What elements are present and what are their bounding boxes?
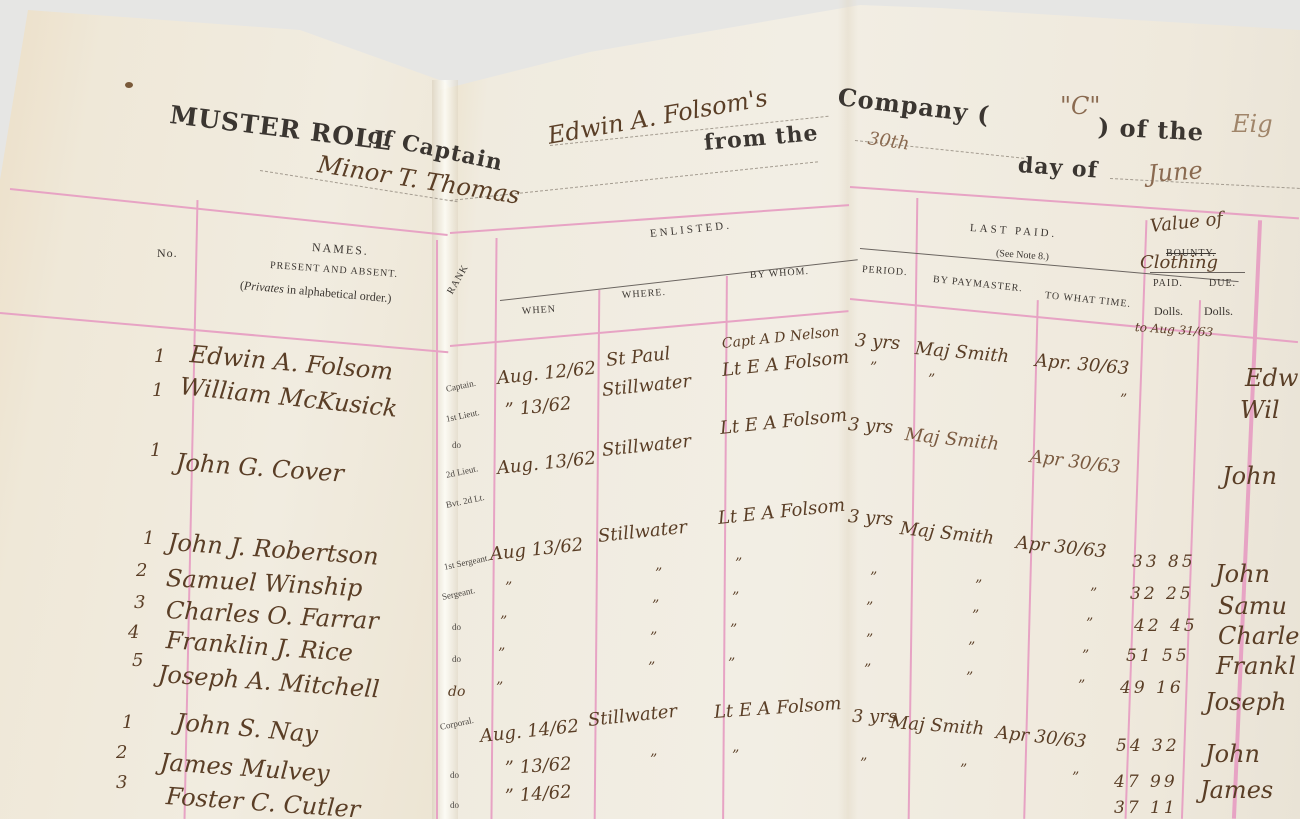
row-when: ” <box>505 580 512 596</box>
col-paid: PAID. <box>1153 278 1183 289</box>
row-to-time: ” <box>1086 616 1093 632</box>
privates-italic: Privates <box>243 278 284 295</box>
row-period: 3 yrs <box>847 506 894 530</box>
row-where: ” <box>648 660 655 676</box>
row-by-whom: ” <box>730 622 737 638</box>
row-period: ” <box>870 360 877 376</box>
row-to-time: ” <box>1082 648 1089 664</box>
title-of-the: ) of the <box>1097 112 1205 147</box>
row-where: ” <box>650 752 657 768</box>
row-by-whom: ” <box>735 556 742 572</box>
row-to-time: ” <box>1120 392 1127 408</box>
row-clothing: 32 25 <box>1130 584 1194 604</box>
row-right-name: James <box>1200 776 1273 804</box>
row-right-name: John <box>1222 462 1277 490</box>
col-due: DUE. <box>1209 278 1236 289</box>
row-period: 3 yrs <box>847 414 894 438</box>
row-no: 1 <box>152 380 163 401</box>
month-value: June <box>1147 156 1204 188</box>
row-no: 2 <box>116 742 127 763</box>
row-paymaster: ” <box>968 640 975 656</box>
row-rank: do <box>452 654 461 664</box>
company-letter: "C" <box>1060 92 1100 120</box>
row-rank: do <box>450 800 459 810</box>
col-dolls-due: Dolls. <box>1204 304 1233 319</box>
row-no: 3 <box>116 772 127 793</box>
regiment-name: Eig <box>1232 110 1273 138</box>
row-no: 5 <box>132 650 143 671</box>
row-to-time: ” <box>1072 770 1079 786</box>
row-right-name: John <box>1205 740 1260 768</box>
row-right-name: Joseph <box>1205 688 1286 716</box>
row-period: ” <box>860 756 867 772</box>
row-rank: do <box>452 622 461 632</box>
row-by-whom: ” <box>732 590 739 606</box>
row-clothing: 47 99 <box>1114 772 1178 792</box>
row-clothing: 51 55 <box>1126 646 1190 666</box>
row-when: ” <box>496 680 503 696</box>
row-paymaster: ” <box>960 762 967 778</box>
row-paymaster: ” <box>966 670 973 686</box>
col-no: No. <box>157 246 178 261</box>
col-clothing: Clothing <box>1140 252 1218 273</box>
row-by-whom: ” <box>732 748 739 764</box>
row-clothing: 42 45 <box>1134 616 1198 636</box>
ink-stain <box>125 82 133 88</box>
row-period: ” <box>866 600 873 616</box>
row-rank: do <box>450 770 459 780</box>
row-right-name: Edw <box>1245 364 1298 392</box>
row-rank: do <box>452 440 461 450</box>
row-where: ” <box>650 630 657 646</box>
row-where: ” <box>652 598 659 614</box>
row-where: ” <box>655 566 662 582</box>
row-right-name: Wil <box>1240 396 1280 424</box>
col-dolls-paid: Dolls. <box>1154 304 1183 319</box>
row-paymaster: ” <box>928 372 935 388</box>
row-period: 3 yrs <box>854 330 901 354</box>
row-to-time: ” <box>1078 678 1085 694</box>
row-right-name: Charle <box>1218 622 1299 650</box>
row-period: ” <box>864 662 871 678</box>
row-rank: do <box>448 684 465 700</box>
row-no: 1 <box>143 528 154 549</box>
row-no: 2 <box>136 560 147 581</box>
row-no: 1 <box>150 440 161 461</box>
row-no: 1 <box>154 346 165 367</box>
row-right-name: Samu <box>1218 592 1287 620</box>
row-period: ” <box>870 570 877 586</box>
row-no: 4 <box>128 622 139 643</box>
row-clothing: 49 16 <box>1120 678 1184 698</box>
row-period: ” <box>866 632 873 648</box>
row-when: ” <box>498 646 505 662</box>
row-right-name: John <box>1215 560 1270 588</box>
rule-column <box>436 240 438 819</box>
row-paymaster: ” <box>972 608 979 624</box>
row-no: 1 <box>122 712 133 733</box>
row-when: ” <box>500 614 507 630</box>
title-day-of: day of <box>1017 152 1099 184</box>
row-no: 3 <box>134 592 145 613</box>
row-clothing: 54 32 <box>1116 736 1180 756</box>
row-paymaster: ” <box>975 578 982 594</box>
row-clothing: 37 11 <box>1114 798 1178 818</box>
row-right-name: Frankl <box>1216 652 1296 680</box>
row-by-whom: ” <box>728 656 735 672</box>
row-clothing: 33 85 <box>1132 552 1196 572</box>
row-to-time: ” <box>1090 586 1097 602</box>
